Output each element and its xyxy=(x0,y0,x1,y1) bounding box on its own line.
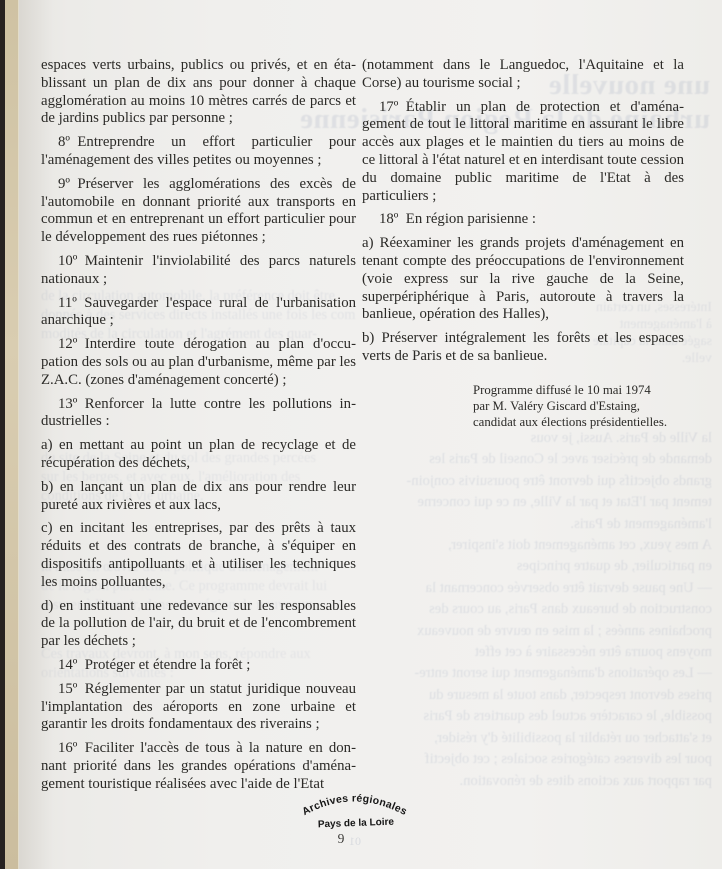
credit-line: Programme diffusé le 10 mai 1974 xyxy=(473,382,684,398)
paragraph-17: 17º Établir un plan de protection et d'a… xyxy=(362,99,684,206)
bleedthrough-line: prochaines années ; la mise en œuvre de … xyxy=(356,621,712,642)
svg-text:Archives régionales: Archives régionales xyxy=(300,792,409,818)
page-number: 9 xyxy=(41,831,641,847)
bleedthrough-line: l'aménagement de Paris. xyxy=(356,514,712,535)
bleedthrough-line: — Les opérations d'aménagement qui seron… xyxy=(356,663,712,684)
paragraph-8: 8º Entreprendre un effort particulier po… xyxy=(41,134,356,170)
paragraph-16-continuation: (notamment dans le Languedoc, l'Aquitain… xyxy=(362,57,684,93)
bleedthrough-line: la Ville de Paris. Aussi, je vous xyxy=(356,428,712,449)
source-credit: Programme diffusé le 10 mai 1974 par M. … xyxy=(473,382,684,430)
stamp-arc-text: Archives régionales xyxy=(300,792,409,818)
bleedthrough-line: construction de bureaux dans Paris, au c… xyxy=(356,599,712,620)
bleedthrough-line: grands objectifs qui devront être poursu… xyxy=(356,471,712,492)
paragraph-13c: c) en incitant les entreprises, par des … xyxy=(41,520,356,591)
bleedthrough-line: moyens pourra être nécessaire à cet effe… xyxy=(356,642,712,663)
bleedthrough-line: pour les diverses catégories sociales ; … xyxy=(356,749,712,770)
bleedthrough-line: — Une pause devrait être observée concer… xyxy=(356,578,712,599)
paragraph-18b: b) Préserver intégralement les forêts et… xyxy=(362,330,684,366)
credit-line: candidat aux élections présidentielles. xyxy=(473,414,684,430)
paragraph-18a: a) Réexaminer les grands projets d'aména… xyxy=(362,235,684,324)
left-column: espaces verts urbains, publics ou privés… xyxy=(41,57,356,799)
paragraph-13b: b) en lançant un plan de dix ans pour re… xyxy=(41,479,356,515)
paragraph-13d: d) en instituant une redevance sur les r… xyxy=(41,598,356,651)
right-column: (notamment dans le Languedoc, l'Aquitain… xyxy=(362,57,684,430)
paragraph-15: 15º Réglementer par un statut juridique … xyxy=(41,681,356,734)
paragraph-9: 9º Préserver les agglomérations des excè… xyxy=(41,176,356,247)
paragraph-14: 14º Protéger et étendre la forêt ; xyxy=(41,657,356,675)
bleedthrough-line: prises devront respecter, dans toute la … xyxy=(356,685,712,706)
paragraph-13a: a) en mettant au point un plan de recycl… xyxy=(41,437,356,473)
bleedthrough-line: en particulier, de quatre principes xyxy=(356,556,712,577)
bleedthrough-line: demande de préciser avec le Conseil de P… xyxy=(356,449,712,470)
paragraph-18: 18º En région parisienne : xyxy=(362,211,684,229)
stamp-line-text: Pays de la Loire xyxy=(318,817,395,831)
paragraph-10: 10º Maintenir l'inviolabilité des parcs … xyxy=(41,253,356,289)
paragraph-7-continuation: espaces verts urbains, publics ou privés… xyxy=(41,57,356,128)
scanned-document-page: une nouvelle urbaine de la Région Parisi… xyxy=(0,0,722,869)
bleedthrough-line: tement par l'Etat et par la Ville, en ce… xyxy=(356,492,712,513)
archive-stamp: Archives régionales Pays de la Loire xyxy=(292,782,420,832)
paragraph-13: 13º Renforcer la lutte contre les pollut… xyxy=(41,396,356,432)
bleedthrough-line: possible, le caractère actuel des quarti… xyxy=(356,706,712,727)
bleedthrough-line: et s'attacher ou rétablir la possibilité… xyxy=(356,728,712,749)
book-gutter-edge xyxy=(5,0,19,869)
paragraph-12: 12º Interdire toute dérogation au plan d… xyxy=(41,336,356,389)
paragraph-11: 11º Sauvegarder l'espace rural de l'urba… xyxy=(41,295,356,331)
credit-line: par M. Valéry Giscard d'Estaing, xyxy=(473,398,684,414)
bleedthrough-line: A mes yeux, cet aménagement doit s'inspi… xyxy=(356,535,712,556)
bleedthrough-verso-block: la Ville de Paris. Aussi, je vous demand… xyxy=(356,428,712,792)
